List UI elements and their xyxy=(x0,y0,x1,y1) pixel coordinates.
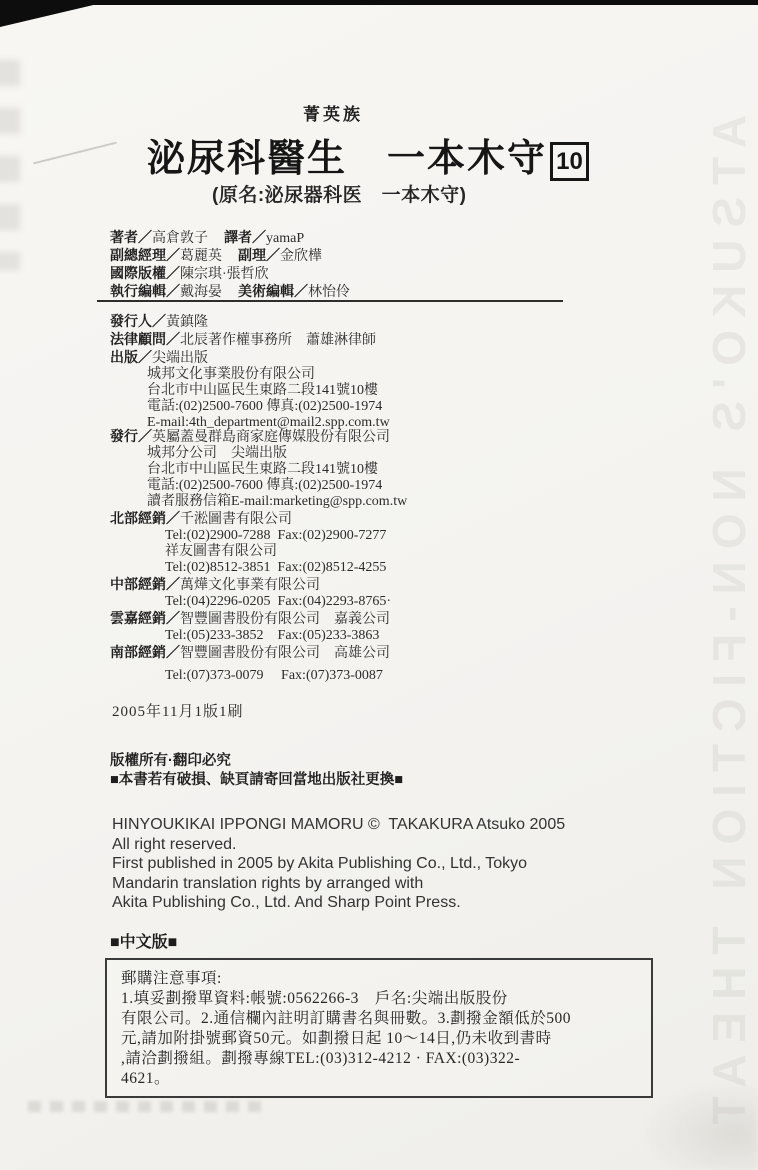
volume-number-box: 10 xyxy=(550,142,589,181)
credit-label: 國際版權／ xyxy=(110,265,180,281)
field-value: 黃鎮隆 xyxy=(166,315,208,330)
colophon-page: ATSUKO'S NON-FICTION THEATER 菁英族 泌尿科醫生 一… xyxy=(0,0,758,1170)
distribution-line: 讀者服務信箱E-mail:marketing@spp.com.tw xyxy=(110,494,407,510)
publisher-line: 台北市中山區民生東路二段141號10樓 xyxy=(110,383,390,399)
mail-order-line: 有限公司。2.通信欄內註明訂購書名與冊數。3.劃撥金額低於500 xyxy=(121,1009,637,1029)
credit-value: yamaP xyxy=(266,231,304,246)
show-through-bottom-right xyxy=(638,1080,758,1170)
distribution-line: 北部經銷／千淞圖書有限公司 xyxy=(110,510,407,528)
damage-notice-line: ■本書若有破損、缺頁請寄回當地出版社更換■ xyxy=(110,771,403,790)
field-value: 萬燁文化事業有限公司 xyxy=(180,578,320,593)
credits-row: 國際版權／陳宗琪·張哲欣 xyxy=(110,265,366,283)
field-label: 出版／ xyxy=(110,349,152,365)
print-date: 2005年11月1版1刷 xyxy=(112,700,243,721)
credit-value: 林怡伶 xyxy=(308,285,350,300)
field-value: 智豐圖書股份有限公司 嘉義公司 xyxy=(180,612,390,627)
mail-order-line: 郵購注意事項: xyxy=(121,969,637,989)
book-title-text: 泌尿科醫生 一本木守 xyxy=(147,138,547,180)
distribution-line: 祥友圖書有限公司 xyxy=(110,544,407,560)
english-copyright-line: Mandarin translation rights by arranged … xyxy=(112,874,565,894)
credit-label: 著者／ xyxy=(110,229,152,245)
field-value: 尖端出版 xyxy=(152,351,208,366)
rights-notice: 版權所有·翻印必究 ■本書若有破損、缺頁請寄回當地出版社更換■ xyxy=(110,752,403,790)
show-through-bottom xyxy=(28,1101,268,1112)
publisher-line: 發行人／黃鎮隆 xyxy=(110,313,390,331)
publisher-line: 法律顧問／北辰著作權事務所 蕭雄淋律師 xyxy=(110,331,390,349)
mail-order-line: 1.填妥劃撥單資料:帳號:0562266-3 戶名:尖端出版股份 xyxy=(121,989,637,1009)
chinese-edition-label: ■中文版■ xyxy=(110,929,177,952)
field-label: 北部經銷／ xyxy=(110,510,180,526)
scan-edge-corner xyxy=(0,0,96,27)
english-copyright-line: All right reserved. xyxy=(112,835,565,855)
credit-label: 副理／ xyxy=(238,247,280,263)
distribution-line: 雲嘉經銷／智豐圖書股份有限公司 嘉義公司 xyxy=(110,610,407,628)
credit-value: 戴海晏 xyxy=(180,285,222,300)
field-label: 法律顧問／ xyxy=(110,331,180,347)
series-label: 菁英族 xyxy=(303,100,363,125)
distribution-line: 台北市中山區民生東路二段141號10樓 xyxy=(110,462,407,478)
credit-value: 葛麗英 xyxy=(180,249,222,264)
english-copyright-block: HINYOUKIKAI IPPONGI MAMORU © TAKAKURA At… xyxy=(112,815,565,913)
credits-row: 執行編輯／戴海晏美術編輯／林怡伶 xyxy=(110,283,366,301)
field-label: 發行人／ xyxy=(110,313,166,329)
distribution-line: 中部經銷／萬燁文化事業有限公司 xyxy=(110,576,407,594)
field-value: 北辰著作權事務所 蕭雄淋律師 xyxy=(180,333,376,348)
mail-order-line: 4621。 xyxy=(121,1069,637,1089)
distribution-line: Tel:(02)2900-7288 Fax:(02)2900-7277 xyxy=(110,528,407,544)
credit-value: 陳宗琪·張哲欣 xyxy=(180,267,269,282)
credit-label: 副總經理／ xyxy=(110,247,180,263)
credit-value: 高倉敦子 xyxy=(152,231,208,246)
distribution-line: Tel:(05)233-3852 Fax:(05)233-3863 xyxy=(110,628,407,644)
distribution-line: 南部經銷／智豐圖書股份有限公司 高雄公司 xyxy=(110,644,407,662)
publisher-line: 出版／尖端出版 xyxy=(110,349,390,367)
mail-order-line: ,請洽劃撥組。劃撥專線TEL:(03)312-4212 · FAX:(03)32… xyxy=(121,1049,637,1069)
field-label: 中部經銷／ xyxy=(110,576,180,592)
distribution-block: 發行／英屬蓋曼群島商家庭傳媒股份有限公司 城邦分公司 尖端出版 台北市中山區民生… xyxy=(110,428,407,684)
field-label: 雲嘉經銷／ xyxy=(110,610,180,626)
field-label: 南部經銷／ xyxy=(110,644,180,660)
english-copyright-line: First published in 2005 by Akita Publish… xyxy=(112,854,565,874)
credit-label: 執行編輯／ xyxy=(110,283,180,299)
publisher-line: 城邦文化事業股份有限公司 xyxy=(110,367,390,383)
distribution-line: Tel:(02)8512-3851 Fax:(02)8512-4255 xyxy=(110,560,407,576)
divider-rule xyxy=(97,300,563,302)
credits-row: 著者／高倉敦子譯者／yamaP xyxy=(110,229,366,247)
english-copyright-line: Akita Publishing Co., Ltd. And Sharp Poi… xyxy=(112,893,565,913)
credit-label: 譯者／ xyxy=(224,229,266,245)
distribution-line: 電話:(02)2500-7600 傳真:(02)2500-1974 xyxy=(110,478,407,494)
distribution-line: Tel:(07)373-0079 Fax:(07)373-0087 xyxy=(110,668,407,684)
english-copyright-line: HINYOUKIKAI IPPONGI MAMORU © TAKAKURA At… xyxy=(112,815,565,835)
publisher-line: 電話:(02)2500-7600 傳真:(02)2500-1974 xyxy=(110,399,390,415)
mail-order-line: 元,請加附掛號郵資50元。如劃撥日起 10〜14日,仍未收到書時 xyxy=(121,1029,637,1049)
field-label: 發行／ xyxy=(110,428,152,444)
credits-block: 著者／高倉敦子譯者／yamaP 副總經理／葛麗英副理／金欣樺 國際版權／陳宗琪·… xyxy=(110,229,366,301)
credits-row: 副總經理／葛麗英副理／金欣樺 xyxy=(110,247,366,265)
distribution-line: 城邦分公司 尖端出版 xyxy=(110,446,407,462)
field-value: 千淞圖書有限公司 xyxy=(180,512,292,527)
mail-order-notice-box: 郵購注意事項: 1.填妥劃撥單資料:帳號:0562266-3 戶名:尖端出版股份… xyxy=(105,958,653,1098)
original-title: (原名:泌尿器科医 一本木守) xyxy=(212,180,466,207)
distribution-line: Tel:(04)2296-0205 Fax:(04)2293-8765· xyxy=(110,594,407,610)
scan-scratch xyxy=(33,142,117,165)
distribution-line: 發行／英屬蓋曼群島商家庭傳媒股份有限公司 xyxy=(110,428,407,446)
field-value: 智豐圖書股份有限公司 高雄公司 xyxy=(180,646,390,661)
publisher-block: 發行人／黃鎮隆 法律顧問／北辰著作權事務所 蕭雄淋律師 出版／尖端出版 城邦文化… xyxy=(110,313,390,431)
show-through-vertical-text: ATSUKO'S NON-FICTION THEATER xyxy=(702,115,756,1125)
field-value: 英屬蓋曼群島商家庭傳媒股份有限公司 xyxy=(152,430,390,445)
scan-edge-top xyxy=(0,0,758,5)
credit-value: 金欣樺 xyxy=(280,249,322,264)
rights-line: 版權所有·翻印必究 xyxy=(110,752,403,771)
book-title: 泌尿科醫生 一本木守10 xyxy=(147,127,589,182)
show-through-left xyxy=(0,60,20,270)
credit-label: 美術編輯／ xyxy=(238,283,308,299)
